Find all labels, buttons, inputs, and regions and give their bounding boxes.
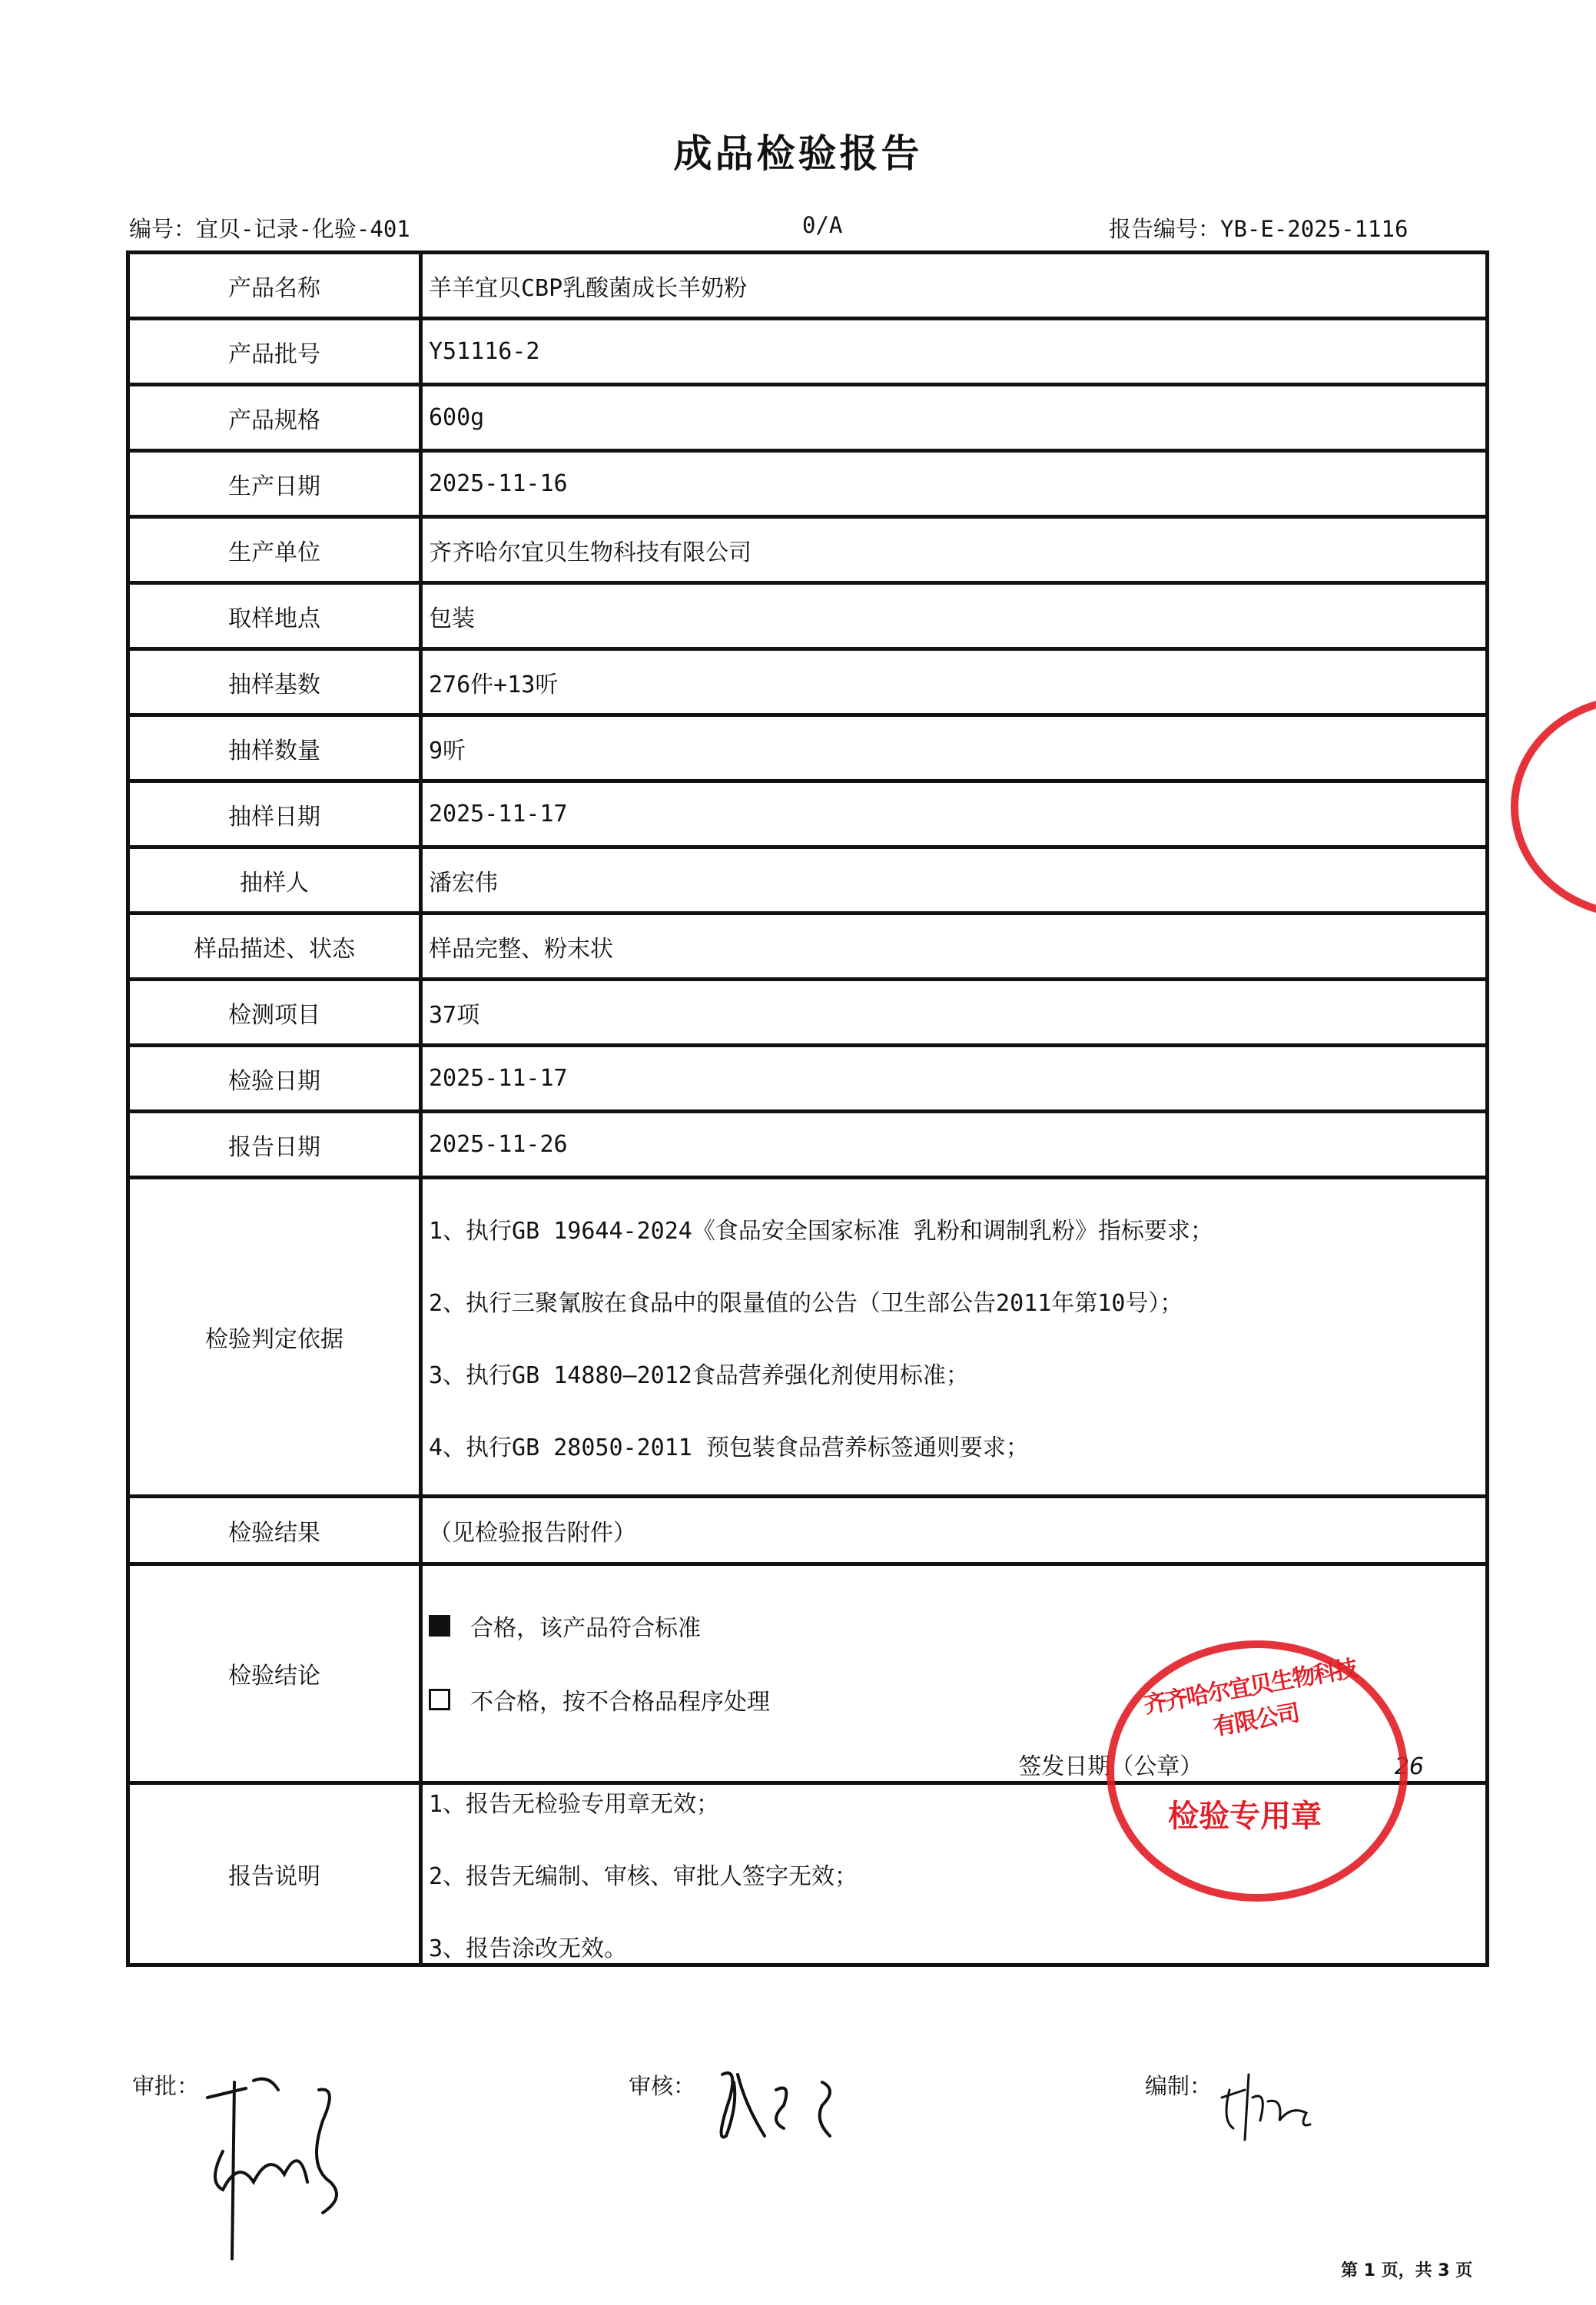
row-sample-description: 样品描述、状态 样品完整、粉末状	[128, 914, 1488, 980]
criteria-list: 1、执行GB 19644-2024《食品安全国家标准 乳粉和调制乳粉》指标要求；…	[421, 1178, 1488, 1497]
field-value: Y51116-2	[421, 319, 1488, 385]
note-item: 3、报告涂改无效。	[429, 1929, 1485, 1963]
field-label: 检验结果	[128, 1497, 421, 1564]
field-label: 样品描述、状态	[128, 914, 421, 980]
field-label: 检验结论	[128, 1564, 421, 1783]
field-label: 抽样日期	[128, 781, 421, 847]
approver-signature	[192, 2067, 392, 2267]
version: 0/A	[802, 212, 842, 238]
seam-stamp	[1511, 695, 1596, 918]
row-sampling-date: 抽样日期 2025-11-17	[128, 781, 1488, 847]
field-value: 包装	[421, 583, 1488, 649]
row-sampling-base: 抽样基数 276件+13听	[128, 649, 1488, 715]
approver-label: 审批：	[132, 2069, 199, 2101]
field-label: 检验日期	[128, 1046, 421, 1112]
field-value: 2025-11-17	[421, 781, 1488, 847]
row-sampling-quantity: 抽样数量 9听	[128, 715, 1488, 781]
unchecked-box-icon	[429, 1689, 450, 1710]
field-label: 抽样人	[128, 847, 421, 914]
field-value: 齐齐哈尔宜贝生物科技有限公司	[421, 517, 1488, 583]
field-label: 报告说明	[128, 1783, 421, 1965]
reviewer-signature	[707, 2059, 891, 2151]
criteria-item: 3、执行GB 14880—2012食品营养强化剂使用标准；	[429, 1356, 1485, 1390]
form-number: 编号：宜贝-记录-化验-401	[129, 212, 410, 244]
field-value: 2025-11-16	[421, 451, 1488, 517]
row-criteria: 检验判定依据 1、执行GB 19644-2024《食品安全国家标准 乳粉和调制乳…	[128, 1178, 1488, 1497]
field-value: 羊羊宜贝CBP乳酸菌成长羊奶粉	[421, 253, 1488, 319]
option-label: 合格，该产品符合标准	[470, 1609, 701, 1643]
field-label: 抽样数量	[128, 715, 421, 781]
field-label: 报告日期	[128, 1112, 421, 1178]
row-manufacturer: 生产单位 齐齐哈尔宜贝生物科技有限公司	[128, 517, 1488, 583]
field-label: 产品名称	[128, 253, 421, 319]
criteria-item: 2、执行三聚氰胺在食品中的限量值的公告（卫生部公告2011年第10号）；	[429, 1284, 1485, 1318]
field-label: 生产单位	[128, 517, 421, 583]
stamp-center-text: 检验专用章	[1168, 1792, 1322, 1836]
row-spec: 产品规格 600g	[128, 385, 1488, 451]
criteria-item: 4、执行GB 28050-2011 预包装食品营养标签通则要求；	[429, 1428, 1485, 1462]
field-value: 600g	[421, 385, 1488, 451]
row-sampling-location: 取样地点 包装	[128, 583, 1488, 649]
criteria-item: 1、执行GB 19644-2024《食品安全国家标准 乳粉和调制乳粉》指标要求；	[429, 1212, 1485, 1245]
report-number: 报告编号：YB-E-2025-1116	[1109, 212, 1408, 244]
field-value: 潘宏伟	[421, 847, 1488, 914]
row-test-items: 检测项目 37项	[128, 980, 1488, 1046]
field-label: 检测项目	[128, 980, 421, 1046]
field-label: 检验判定依据	[128, 1178, 421, 1497]
field-label: 产品规格	[128, 385, 421, 451]
checked-box-icon	[429, 1615, 450, 1637]
field-value: 276件+13听	[421, 649, 1488, 715]
field-label: 产品批号	[128, 319, 421, 385]
field-value: 37项	[421, 980, 1488, 1046]
compiler-label: 编制：	[1145, 2069, 1212, 2101]
field-value: 2025-11-17	[421, 1046, 1488, 1112]
field-label: 抽样基数	[128, 649, 421, 715]
reviewer-label: 审核：	[629, 2069, 695, 2101]
row-inspection-date: 检验日期 2025-11-17	[128, 1046, 1488, 1112]
report-title: 成品检验报告	[0, 123, 1596, 178]
row-results: 检验结果 （见检验报告附件）	[128, 1497, 1488, 1564]
row-sampler: 抽样人 潘宏伟	[128, 847, 1488, 914]
option-label: 不合格，按不合格品程序处理	[470, 1683, 770, 1716]
field-value: 样品完整、粉末状	[421, 914, 1488, 980]
field-value: （见检验报告附件）	[421, 1497, 1488, 1564]
row-batch-no: 产品批号 Y51116-2	[128, 319, 1488, 385]
row-report-date: 报告日期 2025-11-26	[128, 1112, 1488, 1178]
field-label: 取样地点	[128, 583, 421, 649]
row-product-name: 产品名称 羊羊宜贝CBP乳酸菌成长羊奶粉	[128, 253, 1488, 319]
compiler-signature	[1214, 2067, 1322, 2144]
page-number: 第 1 页，共 3 页	[1341, 2257, 1472, 2281]
field-label: 生产日期	[128, 451, 421, 517]
row-production-date: 生产日期 2025-11-16	[128, 451, 1488, 517]
field-value: 2025-11-26	[421, 1112, 1488, 1178]
field-value: 9听	[421, 715, 1488, 781]
conclusion-option-pass: 合格，该产品符合标准	[429, 1609, 1485, 1643]
